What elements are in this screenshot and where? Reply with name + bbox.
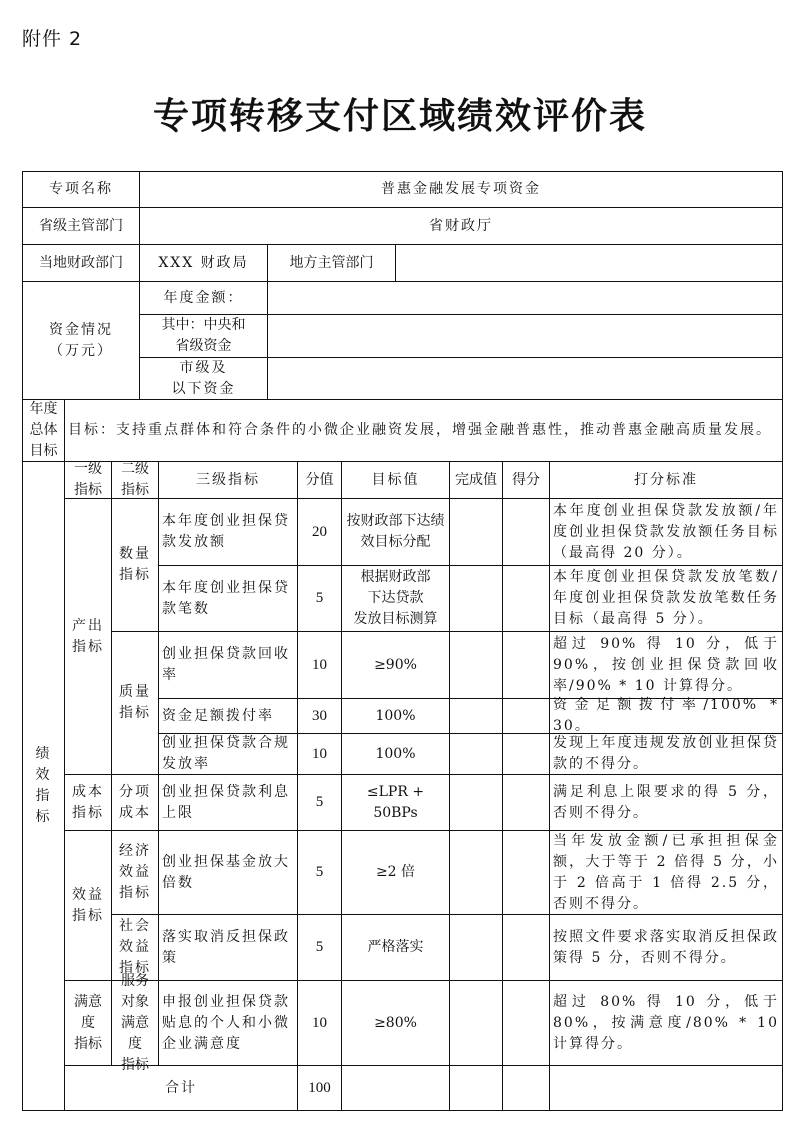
header-level3: 三级指标: [158, 461, 298, 499]
local-dept-value[interactable]: [395, 244, 783, 282]
row-indicator-name-text: 资金足额拨付率: [162, 706, 274, 727]
row-target-text: 100%: [375, 706, 415, 727]
group-item-cost: 分项 成本: [111, 774, 159, 831]
header-points-text: 分值: [306, 470, 334, 491]
row-criteria: 发现上年度违规发放创业担保贷款的不得分。: [549, 733, 783, 775]
row-indicator-name: 申报创业担保贷款贴息的个人和小微企业满意度: [158, 980, 298, 1066]
row-score-input[interactable]: [502, 733, 550, 775]
row-points-text: 10: [312, 744, 327, 765]
row-score-input[interactable]: [502, 980, 550, 1066]
row-points-text: 5: [316, 792, 324, 813]
header-target: 目标值: [341, 461, 450, 499]
row-target: ≥80%: [341, 980, 450, 1066]
row-points: 10: [297, 733, 342, 775]
header-level2: 二级 指标: [111, 461, 159, 499]
group-benefit-text: 效益 指标: [72, 885, 104, 927]
row-score-input[interactable]: [502, 698, 550, 734]
row-target: 100%: [341, 698, 450, 734]
total-label: 合计: [64, 1065, 298, 1111]
row-target: 根据财政部 下达贷款 发放目标测算: [341, 565, 450, 632]
row-criteria-text: 满足利息上限要求的得 5 分，否则不得分。: [553, 782, 779, 824]
attachment-label: 附件 2: [22, 24, 82, 51]
local-dept-label-text: 地方主管部门: [290, 253, 374, 274]
group-service: 服务 对象 满意度 指标: [111, 980, 159, 1066]
group-quantity: 数量 指标: [111, 498, 159, 632]
project-name-label-text: 专项名称: [49, 179, 113, 200]
row-target: 严格落实: [341, 914, 450, 981]
row-target: 100%: [341, 733, 450, 775]
row-completed-input[interactable]: [449, 980, 503, 1066]
page-title: 专项转移支付区域绩效评价表: [0, 88, 800, 139]
total-points-text: 100: [308, 1078, 331, 1099]
row-points: 5: [297, 830, 342, 915]
row-target: ≥2 倍: [341, 830, 450, 915]
row-indicator-name-text: 创业担保贷款利息上限: [162, 782, 294, 824]
annual-goal-text-text: 目标：支持重点群体和符合条件的小微企业融资发展，增强金融普惠性，推动普惠金融高质…: [68, 420, 772, 441]
header-points: 分值: [297, 461, 342, 499]
header-score: 得分: [502, 461, 550, 499]
total-criteria: [549, 1065, 783, 1111]
row-target: ≤LPR + 50BPs: [341, 774, 450, 831]
row-indicator-name-text: 创业担保贷款回收率: [162, 644, 294, 686]
group-economic-text: 经济 效益 指标: [119, 841, 151, 904]
row-criteria-text: 超过 80% 得 10 分，低于 80%，按满意度/80% * 10 计算得分。: [553, 992, 779, 1055]
annual-goal-label: 年度 总体 目标: [22, 399, 65, 462]
header-criteria-text: 打分标准: [634, 470, 698, 491]
provincial-dept-label: 省级主管部门: [22, 207, 140, 245]
row-criteria: 超过 80% 得 10 分，低于 80%，按满意度/80% * 10 计算得分。: [549, 980, 783, 1066]
group-quality: 质量 指标: [111, 631, 159, 775]
local-finance-value: XXX 财政局: [139, 244, 268, 282]
row-points-text: 20: [312, 522, 327, 543]
row-target: ≥90%: [341, 631, 450, 699]
row-target-text: ≥2 倍: [376, 862, 415, 883]
header-completed-text: 完成值: [455, 470, 497, 491]
row-indicator-name: 落实取消反担保政策: [158, 914, 298, 981]
annual-amount-label: 年度金额：: [139, 281, 268, 315]
row-criteria: 资金足额拨付率/100% * 30。: [549, 698, 783, 734]
row-criteria: 本年度创业担保贷款发放笔数/年度创业担保贷款发放笔数任务目标（最高得 5 分）。: [549, 565, 783, 632]
header-level1-text: 一级 指标: [74, 459, 102, 501]
group-benefit: 效益 指标: [64, 830, 112, 981]
total-target: [341, 1065, 450, 1111]
row-target-text: 根据财政部 下达贷款 发放目标测算: [354, 567, 438, 630]
row-points: 5: [297, 774, 342, 831]
row-indicator-name-text: 创业担保贷款合规发放率: [162, 733, 294, 775]
row-criteria-text: 发现上年度违规发放创业担保贷款的不得分。: [553, 733, 779, 775]
row-score-input[interactable]: [502, 498, 550, 566]
group-satisfaction: 满意度 指标: [64, 980, 112, 1066]
row-criteria: 本年度创业担保贷款发放额/年度创业担保贷款发放额任务目标（最高得 20 分）。: [549, 498, 783, 566]
provincial-dept-value: 省财政厅: [139, 207, 783, 245]
row-criteria: 超过 90% 得 10 分，低于 90%，按创业担保贷款回收率/90% * 10…: [549, 631, 783, 699]
row-completed-input[interactable]: [449, 498, 503, 566]
group-cost: 成本 指标: [64, 774, 112, 831]
group-service-text: 服务 对象 满意度 指标: [115, 971, 155, 1076]
annual-goal-text: 目标：支持重点群体和符合条件的小微企业融资发展，增强金融普惠性，推动普惠金融高质…: [64, 399, 783, 462]
performance-indicators-label: 绩 效 指 标: [22, 461, 65, 1111]
row-score-input[interactable]: [502, 565, 550, 632]
annual-amount-value[interactable]: [267, 281, 783, 315]
row-points-text: 30: [312, 706, 327, 727]
row-target: 按财政部下达绩效目标分配: [341, 498, 450, 566]
local-finance-label: 当地财政部门: [22, 244, 140, 282]
row-score-input[interactable]: [502, 830, 550, 915]
row-criteria-text: 按照文件要求落实取消反担保政策得 5 分，否则不得分。: [553, 927, 779, 969]
row-points: 5: [297, 914, 342, 981]
provincial-dept-label-text: 省级主管部门: [39, 216, 123, 237]
row-target-text: 严格落实: [368, 937, 424, 958]
row-criteria-text: 本年度创业担保贷款发放额/年度创业担保贷款发放额任务目标（最高得 20 分）。: [553, 501, 779, 564]
group-economic: 经济 效益 指标: [111, 830, 159, 915]
city-funds-label-text: 市级及 以下资金: [172, 358, 236, 400]
row-points: 20: [297, 498, 342, 566]
central-provincial-funds-label-text: 其中：中央和 省级资金: [162, 315, 246, 357]
row-points-text: 5: [316, 862, 324, 883]
group-quality-text: 质量 指标: [119, 682, 151, 724]
row-criteria-text: 超过 90% 得 10 分，低于 90%，按创业担保贷款回收率/90% * 10…: [553, 634, 779, 697]
funds-label-text: 资金情况 （万元）: [49, 320, 113, 362]
row-criteria: 按照文件要求落实取消反担保政策得 5 分，否则不得分。: [549, 914, 783, 981]
local-dept-label: 地方主管部门: [267, 244, 396, 282]
header-criteria: 打分标准: [549, 461, 783, 499]
row-indicator-name: 创业担保贷款回收率: [158, 631, 298, 699]
row-indicator-name-text: 本年度创业担保贷款笔数: [162, 578, 294, 620]
row-points: 10: [297, 631, 342, 699]
header-score-text: 得分: [512, 470, 540, 491]
total-points: 100: [297, 1065, 342, 1111]
funds-label: 资金情况 （万元）: [22, 281, 140, 400]
row-target-text: ≤LPR + 50BPs: [345, 782, 446, 824]
group-item-cost-text: 分项 成本: [119, 782, 151, 824]
row-indicator-name: 本年度创业担保贷款笔数: [158, 565, 298, 632]
row-score-input[interactable]: [502, 774, 550, 831]
row-completed-input[interactable]: [449, 830, 503, 915]
project-name-value-text: 普惠金融发展专项资金: [381, 179, 541, 200]
row-criteria-text: 资金足额拨付率/100% * 30。: [553, 695, 779, 737]
central-provincial-funds-label: 其中：中央和 省级资金: [139, 314, 268, 358]
row-completed-input[interactable]: [449, 631, 503, 699]
row-criteria-text: 当年发放金额/已承担担保金额，大于等于 2 倍得 5 分，小于 2 倍高于 1 …: [553, 831, 779, 915]
group-output-text: 产出 指标: [72, 616, 104, 658]
row-points: 30: [297, 698, 342, 734]
row-points-text: 10: [312, 1013, 327, 1034]
city-funds-value[interactable]: [267, 357, 783, 400]
group-cost-text: 成本 指标: [72, 782, 104, 824]
group-quantity-text: 数量 指标: [119, 544, 151, 586]
row-score-input[interactable]: [502, 914, 550, 981]
row-indicator-name: 创业担保贷款利息上限: [158, 774, 298, 831]
row-points-text: 10: [312, 655, 327, 676]
city-funds-label: 市级及 以下资金: [139, 357, 268, 400]
total-label-text: 合计: [165, 1078, 197, 1099]
central-provincial-funds-value[interactable]: [267, 314, 783, 358]
project-name-value: 普惠金融发展专项资金: [139, 171, 783, 208]
row-indicator-name-text: 申报创业担保贷款贴息的个人和小微企业满意度: [162, 992, 294, 1055]
row-indicator-name: 资金足额拨付率: [158, 698, 298, 734]
row-points: 5: [297, 565, 342, 632]
provincial-dept-value-text: 省财政厅: [429, 216, 493, 237]
header-target-text: 目标值: [372, 470, 420, 491]
row-target-text: 100%: [375, 744, 415, 765]
total-completed[interactable]: [449, 1065, 503, 1111]
row-indicator-name-text: 落实取消反担保政策: [162, 927, 294, 969]
header-completed: 完成值: [449, 461, 503, 499]
row-indicator-name-text: 本年度创业担保贷款发放额: [162, 511, 294, 553]
row-completed-input[interactable]: [449, 733, 503, 775]
row-points-text: 5: [316, 937, 324, 958]
row-target-text: ≥90%: [374, 655, 417, 676]
row-points-text: 5: [316, 588, 324, 609]
row-target-text: 按财政部下达绩效目标分配: [345, 511, 446, 553]
header-level1: 一级 指标: [64, 461, 112, 499]
row-indicator-name: 创业担保贷款合规发放率: [158, 733, 298, 775]
performance-indicators-label-text: 绩 效 指 标: [36, 744, 52, 828]
row-completed-input[interactable]: [449, 774, 503, 831]
row-completed-input[interactable]: [449, 565, 503, 632]
header-level3-text: 三级指标: [196, 470, 260, 491]
group-satisfaction-text: 满意度 指标: [68, 992, 108, 1055]
row-indicator-name: 本年度创业担保贷款发放额: [158, 498, 298, 566]
row-indicator-name-text: 创业担保基金放大倍数: [162, 852, 294, 894]
total-score[interactable]: [502, 1065, 550, 1111]
local-finance-label-text: 当地财政部门: [39, 253, 123, 274]
row-criteria-text: 本年度创业担保贷款发放笔数/年度创业担保贷款发放笔数任务目标（最高得 5 分）。: [553, 567, 779, 630]
row-criteria: 满足利息上限要求的得 5 分，否则不得分。: [549, 774, 783, 831]
row-score-input[interactable]: [502, 631, 550, 699]
local-finance-value-text: XXX 财政局: [158, 253, 248, 274]
row-completed-input[interactable]: [449, 698, 503, 734]
row-target-text: ≥80%: [374, 1013, 417, 1034]
annual-amount-label-text: 年度金额：: [164, 288, 244, 309]
group-output: 产出 指标: [64, 498, 112, 775]
header-level2-text: 二级 指标: [121, 459, 149, 501]
row-completed-input[interactable]: [449, 914, 503, 981]
row-criteria: 当年发放金额/已承担担保金额，大于等于 2 倍得 5 分，小于 2 倍高于 1 …: [549, 830, 783, 915]
annual-goal-label-text: 年度 总体 目标: [30, 399, 58, 462]
project-name-label: 专项名称: [22, 171, 140, 208]
row-indicator-name: 创业担保基金放大倍数: [158, 830, 298, 915]
row-points: 10: [297, 980, 342, 1066]
